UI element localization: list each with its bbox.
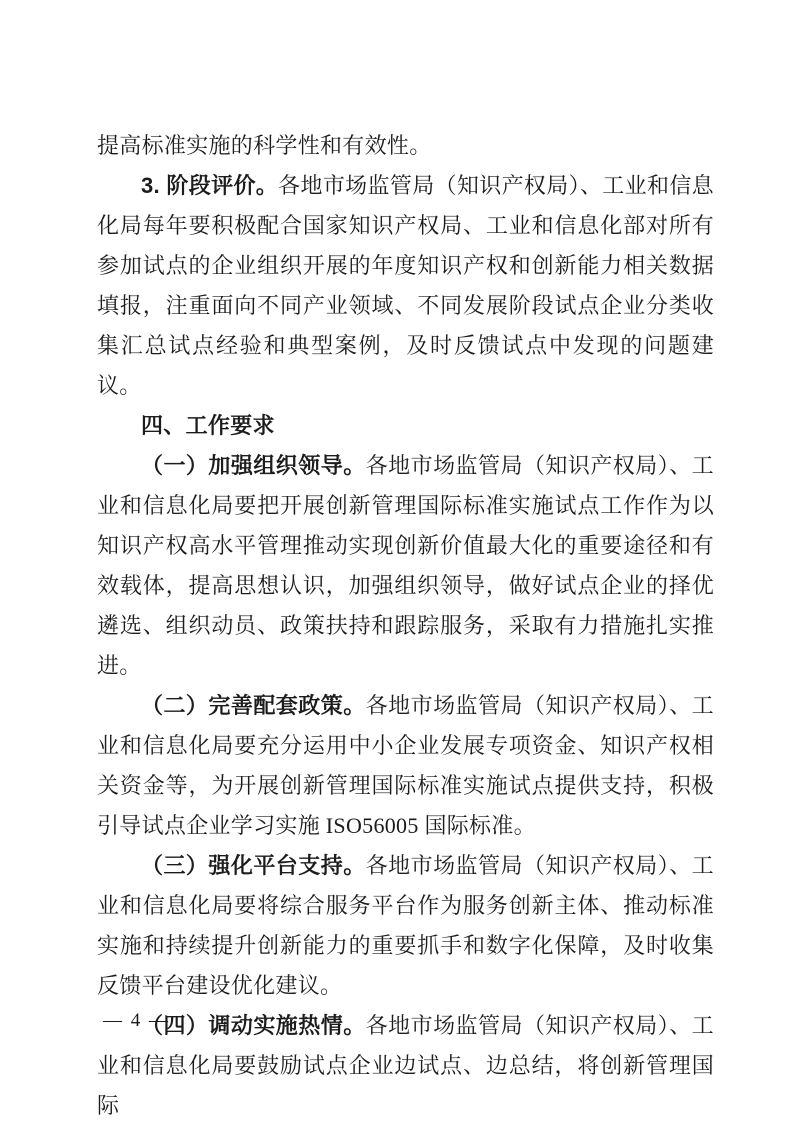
paragraph-strengthen-organizational-leadership: （一）加强组织领导。各地市场监管局（知识产权局）、工业和信息化局要把开展创新管理… (97, 446, 714, 686)
paragraph-text: 各地市场监管局（知识产权局）、工业和信息化局要把开展创新管理国际标准实施试点工作… (97, 453, 714, 678)
page-number: — 4 — (103, 1008, 170, 1034)
paragraph-improve-supporting-policies: （二）完善配套政策。各地市场监管局（知识产权局）、工业和信息化局要充分运用中小企… (97, 686, 714, 846)
paragraph-lead: （一）加强组织领导。 (141, 453, 366, 478)
paragraph-mobilize-implementation-enthusiasm: （四）调动实施热情。各地市场监管局（知识产权局）、工业和信息化局要鼓励试点企业边… (97, 1006, 714, 1123)
paragraph-strengthen-platform-support: （三）强化平台支持。各地市场监管局（知识产权局）、工业和信息化局要将综合服务平台… (97, 846, 714, 1006)
document-page: 提高标准实施的科学性和有效性。 3. 阶段评价。各地市场监管局（知识产权局）、工… (0, 0, 794, 1123)
paragraph-lead: （四）调动实施热情。 (141, 1013, 366, 1038)
paragraph-lead: 3. 阶段评价。 (141, 173, 278, 198)
paragraph-lead: （二）完善配套政策。 (141, 693, 366, 718)
paragraph-continuation: 提高标准实施的科学性和有效性。 (97, 126, 714, 166)
paragraph-text: 提高标准实施的科学性和有效性。 (97, 133, 432, 158)
section-heading-work-requirements: 四、工作要求 (97, 406, 714, 446)
document-body: 提高标准实施的科学性和有效性。 3. 阶段评价。各地市场监管局（知识产权局）、工… (97, 126, 714, 1123)
paragraph-text: 各地市场监管局（知识产权局）、工业和信息化局每年要积极配合国家知识产权局、工业和… (97, 173, 714, 398)
paragraph-lead: （三）强化平台支持。 (141, 853, 366, 878)
paragraph-stage-evaluation: 3. 阶段评价。各地市场监管局（知识产权局）、工业和信息化局每年要积极配合国家知… (97, 166, 714, 406)
